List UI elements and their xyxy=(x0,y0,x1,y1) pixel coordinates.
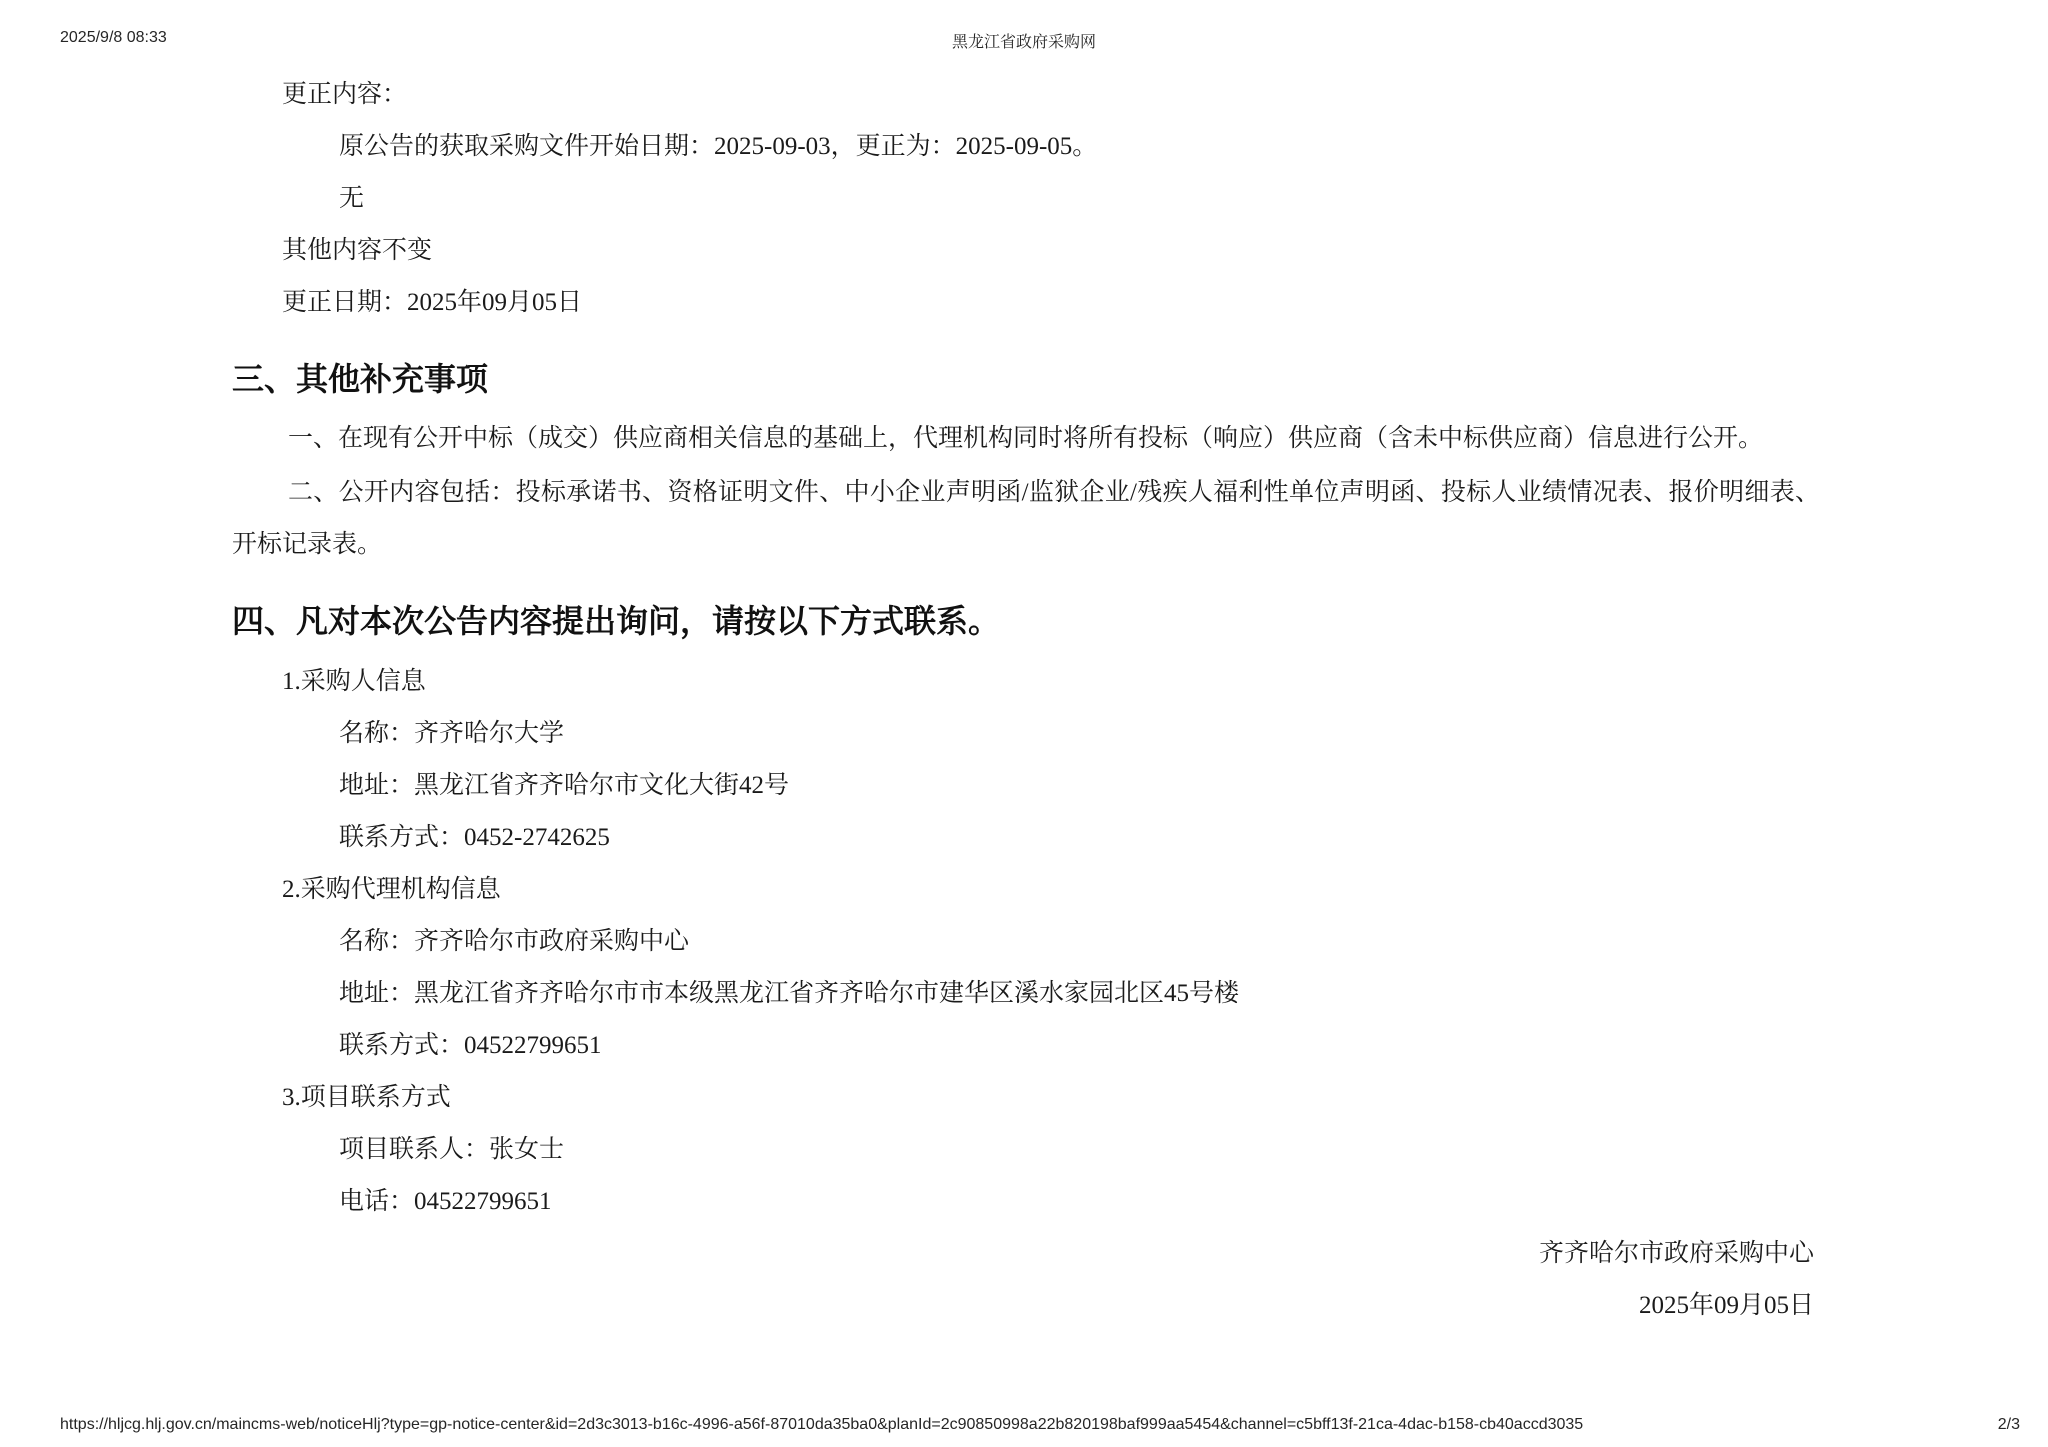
section3-paragraph-1: 一、在现有公开中标（成交）供应商相关信息的基础上，代理机构同时将所有投标（响应）… xyxy=(232,413,1820,465)
signature-organization: 齐齐哈尔市政府采购中心 xyxy=(232,1228,1820,1280)
project-contact-phone-line: 电话：04522799651 xyxy=(232,1176,1820,1228)
purchaser-address-line: 地址：黑龙江省齐齐哈尔市文化大街42号 xyxy=(232,760,1820,812)
print-timestamp: 2025/9/8 08:33 xyxy=(60,29,167,47)
source-url: https://hljcg.hlj.gov.cn/maincms-web/not… xyxy=(60,1416,1583,1434)
signature-date: 2025年09月05日 xyxy=(232,1280,1820,1332)
project-contact-title: 3.项目联系方式 xyxy=(232,1072,1820,1124)
correction-content-label: 更正内容： xyxy=(232,69,1820,121)
correction-detail-line: 原公告的获取采购文件开始日期：2025-09-03，更正为：2025-09-05… xyxy=(232,121,1820,173)
page-indicator: 2/3 xyxy=(1998,1416,2020,1434)
purchaser-contact-line: 联系方式：0452-2742625 xyxy=(232,812,1820,864)
agency-address-line: 地址：黑龙江省齐齐哈尔市市本级黑龙江省齐齐哈尔市建华区溪水家园北区45号楼 xyxy=(232,968,1820,1020)
agency-info-title: 2.采购代理机构信息 xyxy=(232,864,1820,916)
print-footer: https://hljcg.hlj.gov.cn/maincms-web/not… xyxy=(60,1416,2020,1434)
section3-paragraph-2: 二、公开内容包括：投标承诺书、资格证明文件、中小企业声明函/监狱企业/残疾人福利… xyxy=(232,467,1820,571)
section4-heading: 四、凡对本次公告内容提出询问，请按以下方式联系。 xyxy=(232,591,1820,651)
project-contact-person-line: 项目联系人：张女士 xyxy=(232,1124,1820,1176)
correction-date-line: 更正日期：2025年09月05日 xyxy=(232,277,1820,329)
print-preview-page: 2025/9/8 08:33 黑龙江省政府采购网 更正内容： 原公告的获取采购文… xyxy=(0,0,2048,1447)
section3-heading: 三、其他补充事项 xyxy=(232,349,1820,409)
agency-name-line: 名称：齐齐哈尔市政府采购中心 xyxy=(232,916,1820,968)
notice-document: 更正内容： 原公告的获取采购文件开始日期：2025-09-03，更正为：2025… xyxy=(232,69,1820,1332)
purchaser-info-title: 1.采购人信息 xyxy=(232,656,1820,708)
other-content-unchanged-line: 其他内容不变 xyxy=(232,225,1820,277)
purchaser-name-line: 名称：齐齐哈尔大学 xyxy=(232,708,1820,760)
correction-none-line: 无 xyxy=(232,173,1820,225)
agency-contact-line: 联系方式：04522799651 xyxy=(232,1020,1820,1072)
site-title: 黑龙江省政府采购网 xyxy=(952,29,1096,52)
print-header: 2025/9/8 08:33 黑龙江省政府采购网 xyxy=(60,29,1988,49)
